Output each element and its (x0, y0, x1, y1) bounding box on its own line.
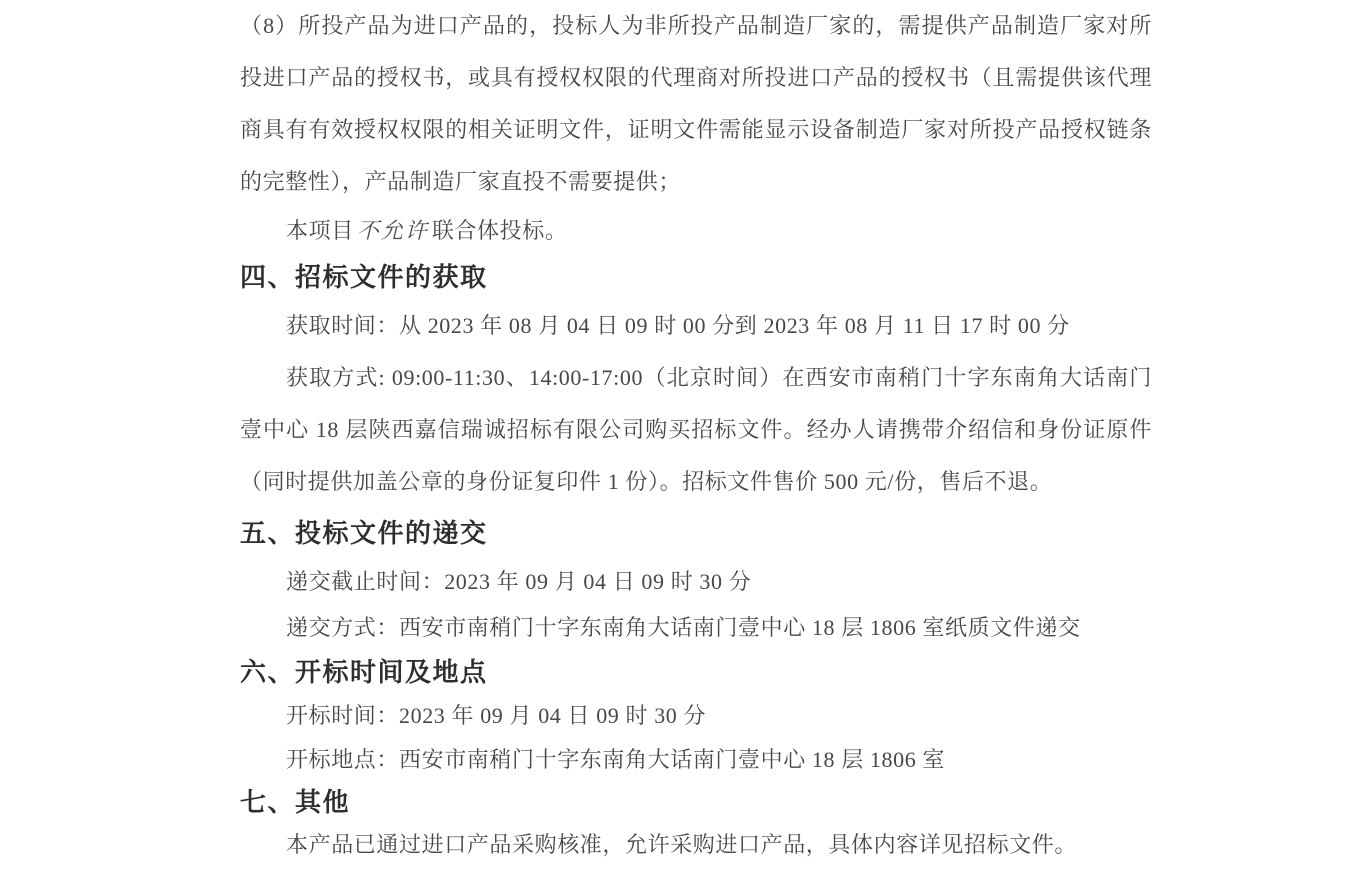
joint-bid-suffix: 联合体投标。 (432, 218, 568, 243)
section-4-method-paragraph: 获取方式: 09:00-11:30、14:00-17:00（北京时间）在西安市南… (240, 352, 1152, 508)
section-4-heading: 四、招标文件的获取 (240, 254, 1152, 300)
section-7-heading: 七、其他 (240, 781, 1152, 823)
joint-bid-line: 本项目不允许联合体投标。 (240, 208, 1152, 254)
section-4-time-line: 获取时间：从 2023 年 08 月 04 日 09 时 00 分到 2023 … (240, 300, 1152, 352)
section-6-time-line: 开标时间：2023 年 09 月 04 日 09 时 30 分 (240, 694, 1152, 738)
document-page: （8）所投产品为进口产品的，投标人为非所投产品制造厂家的，需提供产品制造厂家对所… (240, 0, 1152, 867)
section-5-heading: 五、投标文件的递交 (240, 508, 1152, 558)
section-7-body-line: 本产品已通过进口产品采购核准，允许采购进口产品，具体内容详见招标文件。 (240, 823, 1152, 867)
joint-bid-prefix: 本项目 (286, 218, 354, 243)
joint-bid-emphasis: 不允许 (357, 218, 429, 243)
section-6-place-line: 开标地点：西安市南稍门十字东南角大话南门壹中心 18 层 1806 室 (240, 738, 1152, 781)
clause-8-paragraph: （8）所投产品为进口产品的，投标人为非所投产品制造厂家的，需提供产品制造厂家对所… (240, 0, 1152, 208)
section-6-heading: 六、开标时间及地点 (240, 650, 1152, 694)
section-5-method-line: 递交方式：西安市南稍门十字东南角大话南门壹中心 18 层 1806 室纸质文件递… (240, 606, 1152, 650)
section-5-deadline-line: 递交截止时间：2023 年 09 月 04 日 09 时 30 分 (240, 558, 1152, 606)
